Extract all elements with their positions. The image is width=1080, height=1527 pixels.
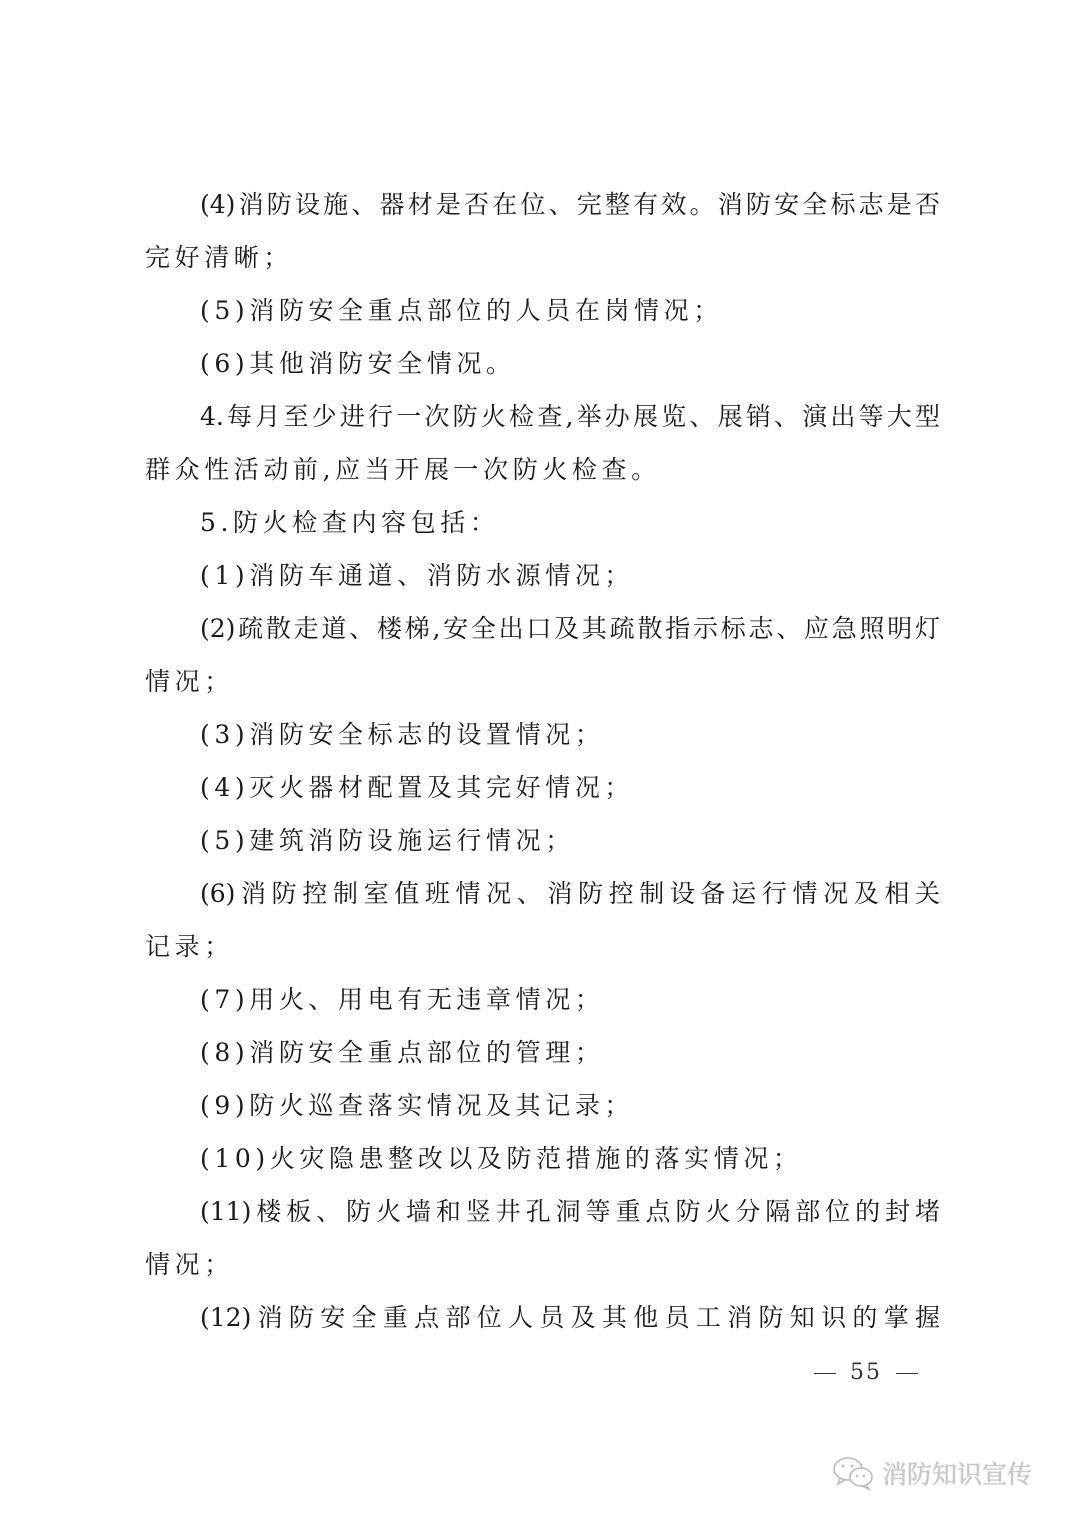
text-line: 完好清晰；	[145, 231, 940, 284]
dash-left	[814, 1373, 836, 1374]
text-line: (2)疏散走道、楼梯,安全出口及其疏散指示标志、应急照明灯	[145, 602, 940, 655]
text-line: (11)楼板、防火墙和竖井孔洞等重点防火分隔部位的封堵	[145, 1185, 940, 1238]
text-line: (12)消防安全重点部位人员及其他员工消防知识的掌握	[145, 1291, 940, 1344]
text-line: 群众性活动前,应当开展一次防火检查。	[145, 443, 940, 496]
document-page: (4)消防设施、器材是否在位、完整有效。消防安全标志是否 完好清晰； (5)消防…	[0, 0, 1080, 1527]
text-line: 情况；	[145, 655, 940, 708]
text-line: (6)消防控制室值班情况、消防控制设备运行情况及相关	[145, 867, 940, 920]
text-line: (3)消防安全标志的设置情况；	[145, 708, 940, 761]
page-number-value: 55	[850, 1360, 882, 1385]
page-number: 55	[800, 1360, 932, 1385]
text-line: (5)消防安全重点部位的人员在岗情况；	[145, 284, 940, 337]
text-line: (4)灭火器材配置及其完好情况；	[145, 761, 940, 814]
text-line: 记录；	[145, 920, 940, 973]
watermark-text: 消防知识宣传	[882, 1455, 1032, 1491]
text-line: (6)其他消防安全情况。	[145, 337, 940, 390]
text-line: (1)消防车通道、消防水源情况；	[145, 549, 940, 602]
dash-right	[896, 1373, 918, 1374]
text-line: 5.防火检查内容包括：	[145, 496, 940, 549]
text-line: (10)火灾隐患整改以及防范措施的落实情况；	[145, 1132, 940, 1185]
watermark: 消防知识宣传	[832, 1455, 1032, 1491]
wechat-icon	[832, 1455, 876, 1491]
text-line: (4)消防设施、器材是否在位、完整有效。消防安全标志是否	[145, 178, 940, 231]
document-body: (4)消防设施、器材是否在位、完整有效。消防安全标志是否 完好清晰； (5)消防…	[145, 178, 940, 1344]
text-line: 情况；	[145, 1238, 940, 1291]
text-line: 4.每月至少进行一次防火检查,举办展览、展销、演出等大型	[145, 390, 940, 443]
text-line: (9)防火巡查落实情况及其记录；	[145, 1079, 940, 1132]
text-line: (8)消防安全重点部位的管理；	[145, 1026, 940, 1079]
text-line: (7)用火、用电有无违章情况；	[145, 973, 940, 1026]
text-line: (5)建筑消防设施运行情况；	[145, 814, 940, 867]
